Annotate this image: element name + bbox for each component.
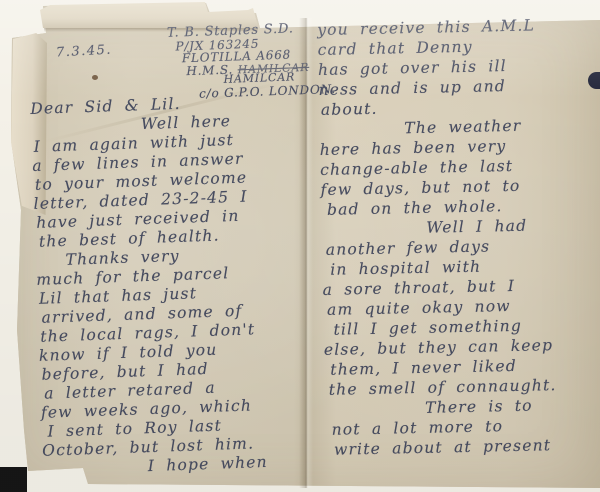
scanner-bed-corner [0,467,27,492]
sender-address-block: T. B. Staples S.D. P/JX 163245 FLOTILLA … [167,22,329,101]
ship-name-struck: HAMILCAR [237,60,309,75]
right-page-text: you receive this A.M.L card that Denny h… [317,14,600,460]
left-page-text: Dear Sid & Lil. Well here I am again wit… [30,90,328,480]
scanned-letter: 7.3.45. T. B. Staples S.D. P/JX 163245 F… [0,0,600,492]
letter-date: 7.3.45. [56,43,113,61]
ink-fleck [92,75,98,80]
